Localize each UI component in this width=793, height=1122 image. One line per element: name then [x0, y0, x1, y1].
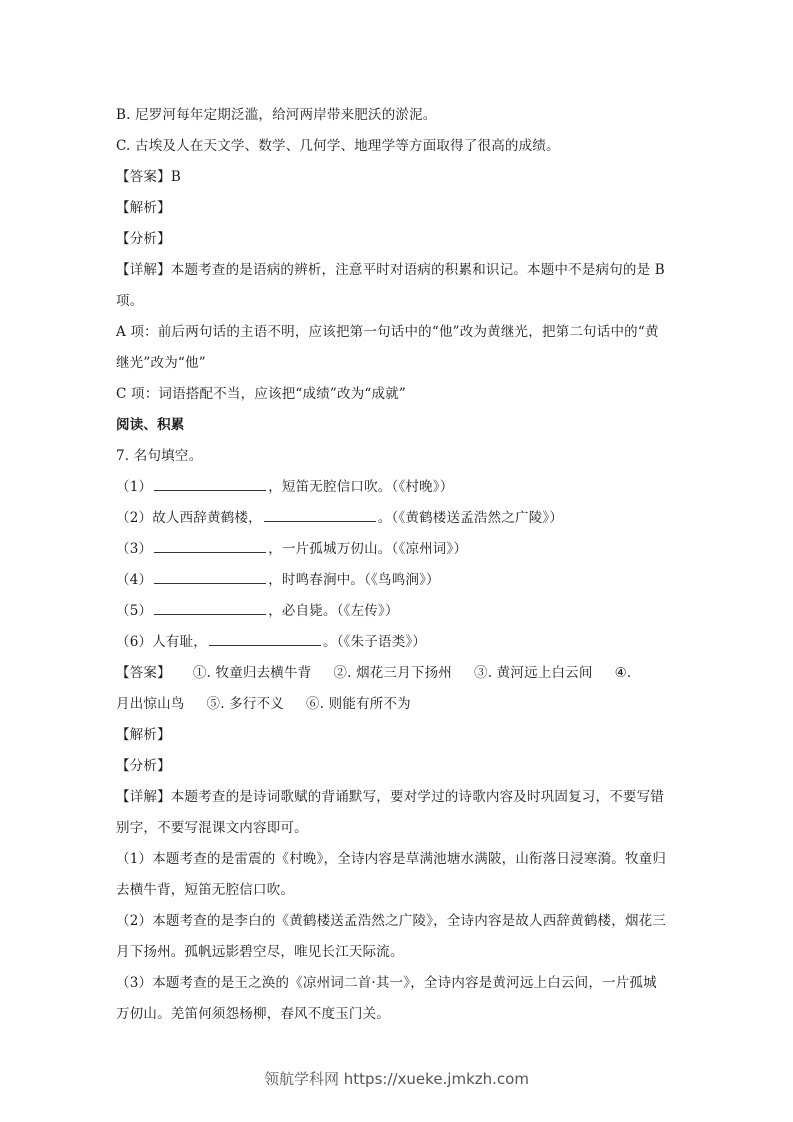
jiexi-label: 【解析】 — [116, 720, 682, 751]
option-a-explain: 继光”改为“他” — [116, 348, 682, 379]
answers-row: 【答案】①. 牧童归去横牛背②. 烟花三月下扬州③. 黄河远上白云间④. — [116, 658, 682, 689]
fill-blank-item: （4），时鸣春涧中。（《鸟鸣涧》） — [116, 565, 682, 596]
detail-line: 【详解】本题考查的是语病的辨析，注意平时对语病的积累和识记。本题中不是病句的是 … — [116, 255, 682, 286]
explain-line: 万仞山。羌笛何须怨杨柳，春风不度玉门关。 — [116, 999, 682, 1030]
explain-line: 去横牛背，短笛无腔信口吹。 — [116, 875, 682, 906]
fill-blank-item: （5），必自毙。（《左传》） — [116, 596, 682, 627]
option-b: B. 尼罗河每年定期泛滥，给河两岸带来肥沃的淤泥。 — [116, 100, 682, 131]
question-title: 7. 名句填空。 — [116, 441, 682, 472]
fill-blank-item: （3），一片孤城万仞山。（《凉州词》） — [116, 534, 682, 565]
answer-value: B — [171, 169, 181, 185]
explain-line: （2）本题考查的是李白的《黄鹤楼送孟浩然之广陵》，全诗内容是故人西辞黄鹤楼，烟花… — [116, 906, 682, 937]
fill-blank-item: （6）人有耻，。（《朱子语类》） — [116, 627, 682, 658]
answer-blank[interactable] — [209, 631, 321, 646]
jiexi-label: 【解析】 — [116, 193, 682, 224]
fenxi-label: 【分析】 — [116, 224, 682, 255]
answer-blank[interactable] — [154, 538, 266, 553]
answer-blank[interactable] — [154, 476, 266, 491]
detail-line: 项。 — [116, 286, 682, 317]
option-a-explain: A 项：前后两句话的主语不明，应该把第一句话中的“他”改为黄继光，把第二句话中的… — [116, 317, 682, 348]
fill-blank-item: （1），短笛无腔信口吹。（《村晚》） — [116, 472, 682, 503]
answer-blank[interactable] — [154, 600, 266, 615]
option-c-explain: C 项：词语搭配不当，应该把“成绩”改为“成就” — [116, 379, 682, 410]
fill-blank-item: （2）故人西辞黄鹤楼，。（《黄鹤楼送孟浩然之广陵》） — [116, 503, 682, 534]
explain-line: 月下扬州。孤帆远影碧空尽，唯见长江天际流。 — [116, 937, 682, 968]
answer-blank[interactable] — [264, 507, 376, 522]
section-heading: 阅读、积累 — [116, 410, 682, 441]
footer-watermark: 领航学科网 https://xueke.jmkzh.com — [0, 1068, 793, 1089]
explain-line: （1）本题考查的是雷震的《村晚》，全诗内容是草满池塘水满陂，山衔落日浸寒漪。牧童… — [116, 844, 682, 875]
answers-row: 月出惊山鸟⑤. 多行不义⑥. 则能有所不为 — [116, 689, 682, 720]
answer-row: 【答案】B — [116, 162, 682, 193]
answer-label: 【答案】 — [116, 665, 171, 681]
answer-blank[interactable] — [154, 569, 266, 584]
fenxi-label: 【分析】 — [116, 751, 682, 782]
detail-line: 【详解】本题考查的是诗词歌赋的背诵默写，要对学过的诗歌内容及时巩固复习，不要写错 — [116, 782, 682, 813]
answer-label: 【答案】 — [116, 169, 171, 185]
explain-line: （3）本题考查的是王之涣的《凉州词二首·其一》，全诗内容是黄河远上白云间，一片孤… — [116, 968, 682, 999]
option-c: C. 古埃及人在天文学、数学、几何学、地理学等方面取得了很高的成绩。 — [116, 131, 682, 162]
document-page: B. 尼罗河每年定期泛滥，给河两岸带来肥沃的淤泥。 C. 古埃及人在天文学、数学… — [116, 100, 682, 1030]
detail-line: 别字，不要写混课文内容即可。 — [116, 813, 682, 844]
